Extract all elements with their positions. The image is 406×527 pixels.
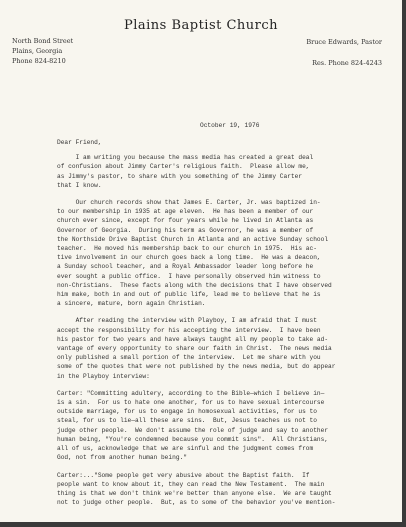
paragraph: I am writing you because the mass media …	[57, 153, 352, 190]
letter-date: October 19, 1976	[200, 122, 259, 129]
quote-paragraph: Carter:..."Some people get very abusive …	[57, 471, 352, 508]
letter-page: Plains Baptist Church North Bond Street …	[0, 0, 402, 522]
address-line: North Bond Street	[12, 36, 73, 46]
church-address: North Bond Street Plains, Georgia Phone …	[12, 36, 73, 66]
quote-paragraph: Carter: "Committing adultery, according …	[57, 389, 352, 463]
paragraph: Our church records show that James E. Ca…	[57, 198, 352, 308]
salutation: Dear Friend,	[57, 138, 352, 147]
paragraph: After reading the interview with Playboy…	[57, 316, 352, 380]
letter-body: Dear Friend, I am writing you because th…	[57, 138, 352, 507]
pastor-info: Bruce Edwards, Pastor Res. Phone 824-424…	[306, 37, 382, 68]
church-name: Plains Baptist Church	[0, 18, 402, 33]
residence-phone: Res. Phone 824-4243	[306, 58, 382, 68]
pastor-name: Bruce Edwards, Pastor	[306, 38, 382, 46]
address-line: Plains, Georgia	[12, 46, 73, 56]
address-line: Phone 824-8210	[12, 56, 73, 66]
